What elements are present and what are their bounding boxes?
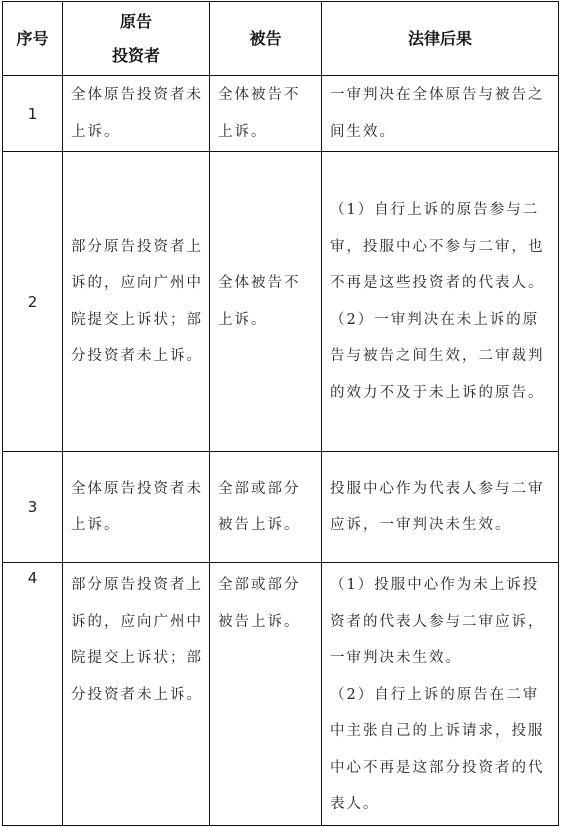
- defendant-cell: 全体被告不上诉。: [210, 76, 322, 152]
- header-plaintiff-line2: 投资者: [63, 39, 209, 73]
- header-consequence: 法律后果: [322, 2, 559, 76]
- plaintiff-cell: 全体原告投资者未上诉。: [63, 452, 210, 563]
- consequence-cell: （1）自行上诉的原告参与二审，投服中心不参与二审，也不再是这些投资者的代表人。 …: [322, 152, 559, 452]
- header-defendant: 被告: [210, 2, 322, 76]
- row-index: 1: [3, 76, 63, 152]
- row-index: 2: [3, 152, 63, 452]
- consequence-cell: 一审判决在全体原告与被告之间生效。: [322, 76, 559, 152]
- table-row: 2 部分原告投资者上诉的，应向广州中院提交上诉状；部分投资者未上诉。 全体被告不…: [3, 152, 559, 452]
- defendant-cell: 全部或部分被告上诉。: [210, 452, 322, 563]
- consequence-paragraph: 投服中心作为代表人参与二审应诉，一审判决未生效。: [330, 471, 552, 544]
- header-plaintiff-line1: 原告: [63, 5, 209, 39]
- row-index: 4: [3, 563, 63, 826]
- consequence-paragraph: 一审判决在全体原告与被告之间生效。: [330, 77, 552, 150]
- table-row: 3 全体原告投资者未上诉。 全部或部分被告上诉。 投服中心作为代表人参与二审应诉…: [3, 452, 559, 563]
- legal-consequences-table: 序号 原告 投资者 被告 法律后果 1 全体原告投资者未上诉。 全体被告不上诉。…: [2, 1, 559, 826]
- consequence-paragraph: （2）一审判决在未上诉的原告与被告之间生效，二审裁判的效力不及于未上诉的原告。: [330, 302, 552, 412]
- consequence-cell: 投服中心作为代表人参与二审应诉，一审判决未生效。: [322, 452, 559, 563]
- header-plaintiff: 原告 投资者: [63, 2, 210, 76]
- header-index: 序号: [3, 2, 63, 76]
- consequence-paragraph: （1）投服中心作为未上诉投资者的代表人参与二审应诉，一审判决未生效。: [330, 567, 552, 677]
- consequence-paragraph: （2）自行上诉的原告在二审中主张自己的上诉请求，投服中心不再是这部分投资者的代表…: [330, 677, 552, 823]
- row-index: 3: [3, 452, 63, 563]
- table-row: 1 全体原告投资者未上诉。 全体被告不上诉。 一审判决在全体原告与被告之间生效。: [3, 76, 559, 152]
- plaintiff-cell: 部分原告投资者上诉的，应向广州中院提交上诉状；部分投资者未上诉。: [63, 152, 210, 452]
- table-row: 4 部分原告投资者上诉的，应向广州中院提交上诉状；部分投资者未上诉。 全部或部分…: [3, 563, 559, 826]
- defendant-cell: 全体被告不上诉。: [210, 152, 322, 452]
- table-header-row: 序号 原告 投资者 被告 法律后果: [3, 2, 559, 76]
- consequence-cell: （1）投服中心作为未上诉投资者的代表人参与二审应诉，一审判决未生效。 （2）自行…: [322, 563, 559, 826]
- defendant-cell: 全部或部分被告上诉。: [210, 563, 322, 826]
- plaintiff-cell: 全体原告投资者未上诉。: [63, 76, 210, 152]
- consequence-paragraph: （1）自行上诉的原告参与二审，投服中心不参与二审，也不再是这些投资者的代表人。: [330, 192, 552, 302]
- plaintiff-cell: 部分原告投资者上诉的，应向广州中院提交上诉状；部分投资者未上诉。: [63, 563, 210, 826]
